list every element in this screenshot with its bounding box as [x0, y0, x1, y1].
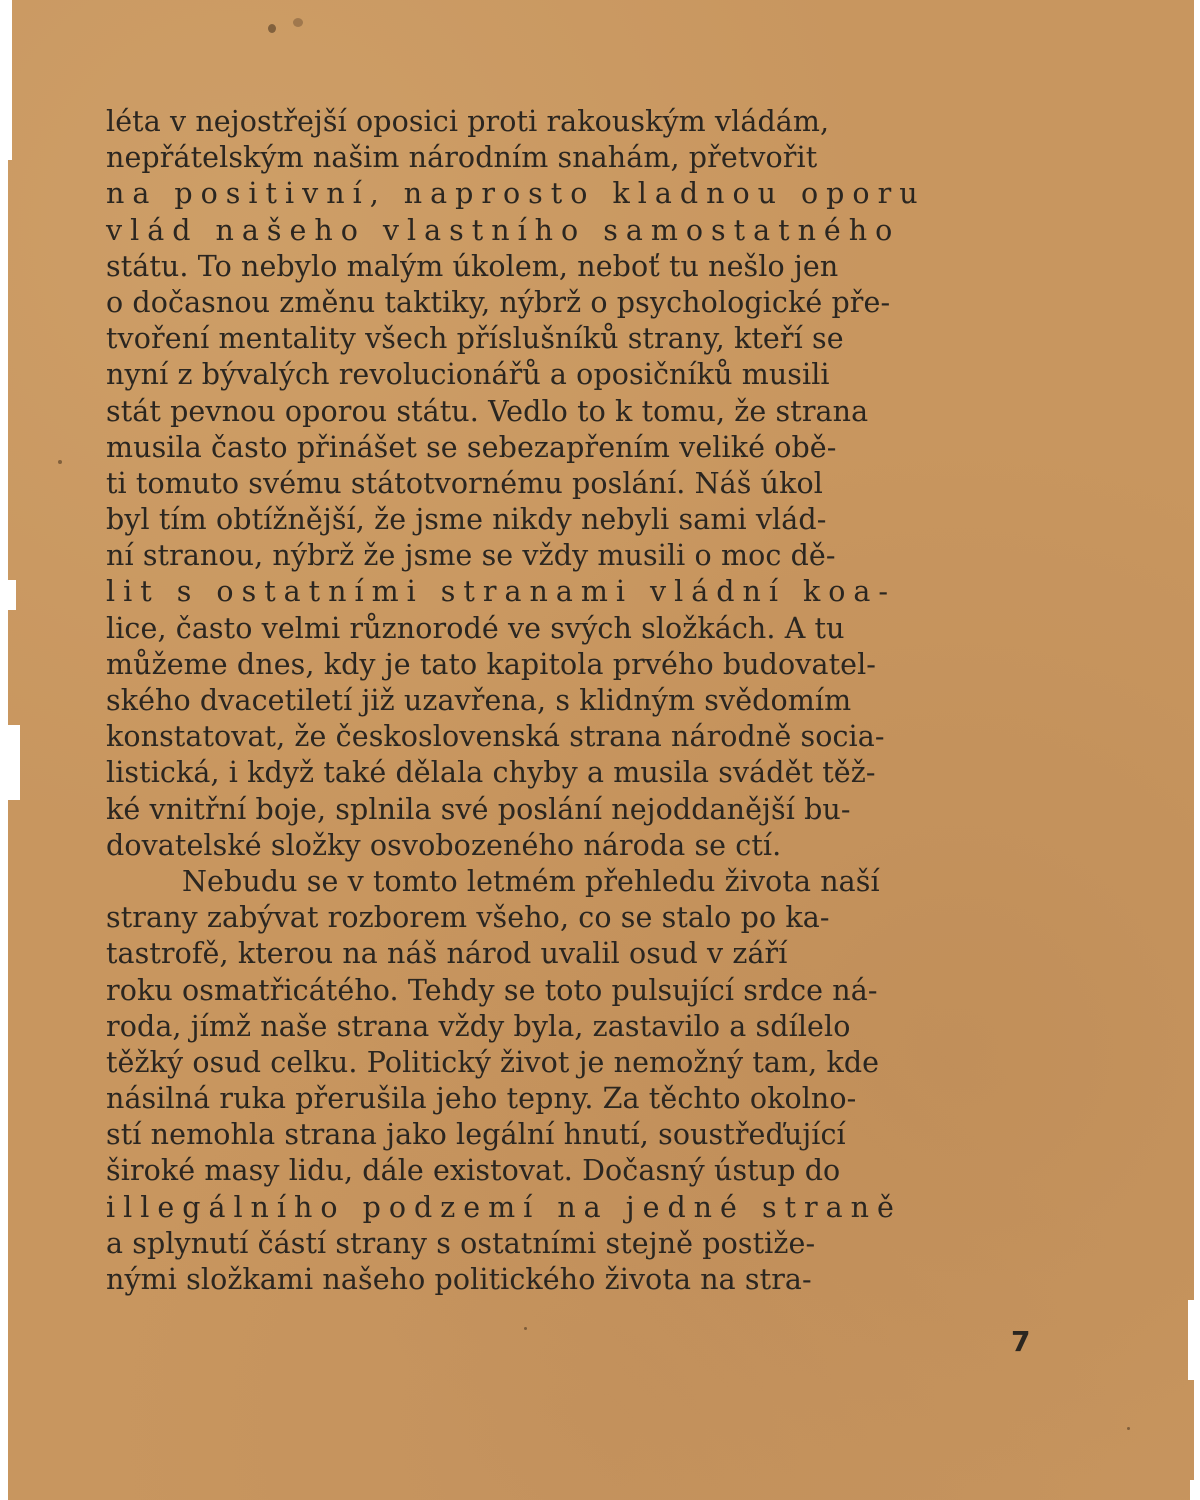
text-line: na positivní, naprosto kladnou oporu — [106, 176, 1034, 212]
text-line: tvoření mentality všech příslušníků stra… — [106, 321, 1034, 357]
text-line: musila často přinášet se sebezapřením ve… — [106, 430, 1034, 466]
text-line: léta v nejostřejší oposici proti rakousk… — [106, 104, 1034, 140]
text-line: stí nemohla strana jako legální hnutí, s… — [106, 1117, 1034, 1153]
text-line: tastrofě, kterou na náš národ uvalil osu… — [106, 936, 1034, 972]
text-line: lice, často velmi různorodé ve svých slo… — [106, 611, 1034, 647]
paper-speck — [268, 24, 276, 33]
text-line: strany zabývat rozborem všeho, co se sta… — [106, 900, 1034, 936]
paragraph-start-line: Nebudu se v tomto letmém přehledu života… — [106, 864, 1034, 900]
text-line: násilná ruka přerušila jeho tepny. Za tě… — [106, 1081, 1034, 1117]
text-line: státu. To nebylo malým úkolem, neboť tu … — [106, 249, 1034, 285]
text-line: ní stranou, nýbrž že jsme se vždy musili… — [106, 538, 1034, 574]
text-line: nepřátelským našim národním snahám, přet… — [106, 140, 1034, 176]
page-number: 7 — [1011, 1325, 1030, 1358]
body-text: léta v nejostřejší oposici proti rakousk… — [106, 104, 1034, 1298]
text-line: illegálního podzemí na jedné straně — [106, 1190, 1034, 1226]
torn-edge — [1188, 1300, 1200, 1380]
paper-speck — [293, 18, 303, 27]
text-line: ti tomuto svému státotvornému poslání. N… — [106, 466, 1034, 502]
text-line: byl tím obtížnější, že jsme nikdy nebyli… — [106, 502, 1034, 538]
text-line: listická, i když také dělala chyby a mus… — [106, 755, 1034, 791]
text-line: lit s ostatními stranami vládní koa- — [106, 574, 1034, 610]
text-line: nyní z bývalých revolucionářů a oposiční… — [106, 357, 1034, 393]
text-line: vlád našeho vlastního samostatného — [106, 213, 1034, 249]
paper-speck — [524, 1327, 527, 1330]
paper-speck — [58, 460, 62, 464]
text-line: a splynutí částí strany s ostatními stej… — [106, 1226, 1034, 1262]
text-line: můžeme dnes, kdy je tato kapitola prvého… — [106, 647, 1034, 683]
text-line: o dočasnou změnu taktiky, nýbrž o psycho… — [106, 285, 1034, 321]
torn-edge — [0, 0, 12, 160]
text-line: stát pevnou oporou státu. Vedlo to k tom… — [106, 394, 1034, 430]
torn-edge — [0, 725, 20, 800]
text-line: konstatovat, že československá strana ná… — [106, 719, 1034, 755]
torn-edge — [0, 580, 16, 610]
text-line: roda, jímž naše strana vždy byla, zastav… — [106, 1009, 1034, 1045]
text-line: ké vnitřní boje, splnila své poslání nej… — [106, 792, 1034, 828]
text-line: široké masy lidu, dále existovat. Dočasn… — [106, 1153, 1034, 1189]
text-line: roku osmatřicátého. Tehdy se toto pulsuj… — [106, 973, 1034, 1009]
paper-speck — [1127, 1427, 1130, 1430]
text-line: nými složkami našeho politického života … — [106, 1262, 1034, 1298]
text-line: ského dvacetiletí již uzavřena, s klidný… — [106, 683, 1034, 719]
text-line: dovatelské složky osvobozeného národa se… — [106, 828, 1034, 864]
torn-edge — [1190, 1480, 1200, 1500]
text-line: těžký osud celku. Politický život je nem… — [106, 1045, 1034, 1081]
